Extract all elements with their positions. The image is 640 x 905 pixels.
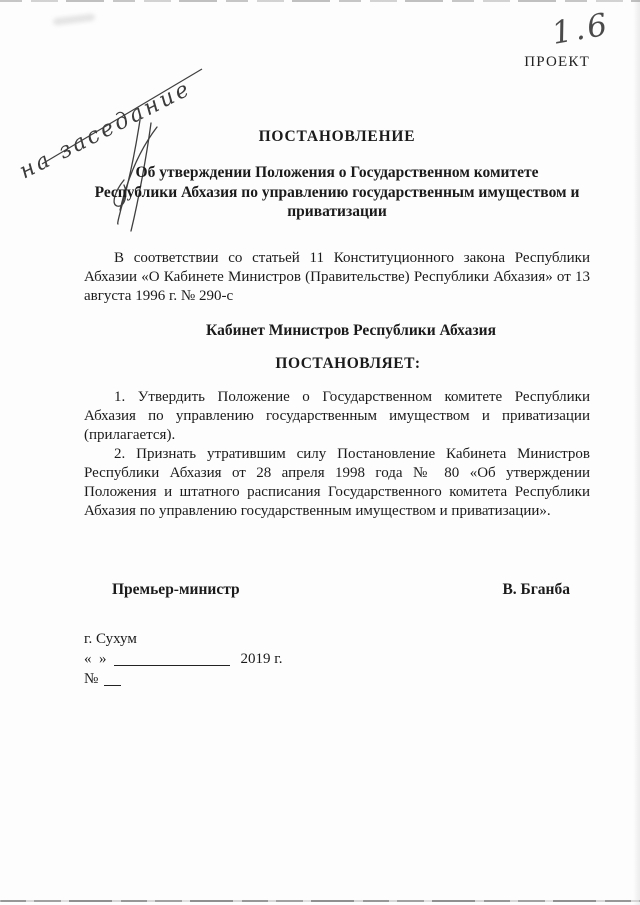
date-blank-line	[114, 653, 230, 666]
scan-artifact-smudge	[53, 13, 96, 25]
document-title: Об утверждении Положения о Государственн…	[84, 163, 590, 222]
resolution-keyword: ПОСТАНОВЛЯЕТ:	[95, 355, 601, 373]
signature-block: Премьер-министр В. Бганба	[84, 581, 590, 599]
document-title-line: Республики Абхазия по управлению государ…	[84, 183, 590, 203]
scan-artifact-bottom-edge	[0, 900, 640, 903]
city-line: г. Сухум	[84, 629, 590, 649]
preamble-paragraph: В соответствии со статьей 11 Конституцио…	[84, 249, 590, 306]
handwritten-corner-note-text: 1.6	[549, 6, 613, 52]
resolution-item: 2. Признать утратившим силу Постановлени…	[84, 445, 590, 521]
scan-artifact-right-streak	[633, 0, 640, 905]
scanned-document-page: 1.6 ПРОЕКТ на заседание ПОСТАНОВЛЕНИЕ Об…	[0, 0, 640, 905]
number-line: №	[84, 669, 590, 689]
document-title-line: Об утверждении Положения о Государственн…	[84, 163, 590, 183]
issuing-authority: Кабинет Министров Республики Абхазия	[98, 322, 604, 340]
date-line: « »2019 г.	[84, 649, 590, 669]
place-date-number-block: г. Сухум « »2019 г. №	[84, 629, 590, 689]
date-year: 2019 г.	[241, 651, 283, 667]
draft-label: ПРОЕКТ	[524, 54, 590, 71]
document-title-line: приватизации	[84, 202, 590, 222]
resolution-item: 1. Утвердить Положение о Государственном…	[84, 388, 590, 445]
date-quotes: « »	[84, 651, 107, 667]
number-label: №	[84, 671, 98, 687]
handwritten-corner-note: 1.6	[540, 6, 622, 56]
scan-artifact-top-edge	[0, 0, 640, 2]
signatory-post: Премьер-министр	[84, 581, 240, 599]
number-blank-line	[104, 673, 121, 686]
signatory-name: В. Бганба	[502, 581, 590, 599]
resolution-items: 1. Утвердить Положение о Государственном…	[84, 388, 590, 521]
document-type-heading: ПОСТАНОВЛЕНИЕ	[84, 128, 590, 146]
